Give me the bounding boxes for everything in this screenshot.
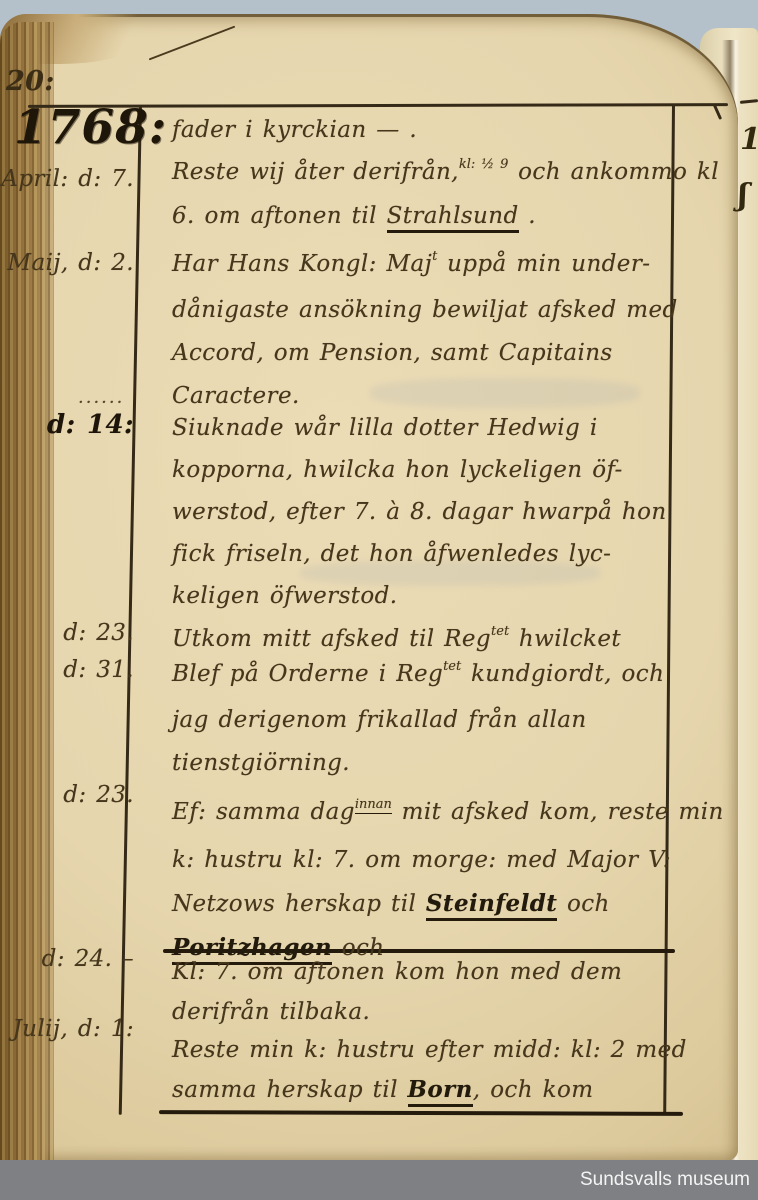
entry-line: 6. om aftonen til Strahlsund .	[172, 196, 672, 237]
entry-line: Netzows herskap til Steinfeldt och	[172, 882, 672, 926]
diary-entry: Har Hans Kongl: Majt uppå min under-dåni…	[172, 243, 672, 418]
text-segment: Utkom mitt afsked til Reg	[172, 626, 491, 652]
text-segment: 6. om aftonen til	[172, 203, 387, 229]
text-segment: tet	[443, 659, 461, 674]
entry-line: kopporna, hwilcka hon lyckeligen öf-	[172, 449, 672, 491]
next-page-ink-mark: ʃ	[738, 178, 748, 213]
text-segment: , och kom	[473, 1077, 594, 1103]
text-segment: jag derigenom frikallad från allan	[172, 707, 587, 733]
entry-line: keligen öfwerstod.	[172, 575, 672, 617]
entry-date: d: 23.	[0, 620, 134, 646]
text-segment: hwilcket	[509, 626, 621, 652]
entry-date: d: 31.	[0, 657, 134, 683]
text-segment: fader i kyrckian — .	[172, 117, 417, 143]
photo-of-diary-page: 20: 1768: ······ fader i kyrckian — .Apr…	[0, 0, 758, 1200]
text-segment: kl: ½ 9	[459, 157, 509, 172]
book-fore-edge	[0, 22, 54, 1160]
text-segment: Blef på Orderne i Reg	[172, 661, 443, 687]
entry-line: derifrån tilbaka.	[172, 992, 672, 1032]
text-segment: och	[557, 891, 609, 917]
text-segment: Siuknade wår lilla dotter Hedwig i	[172, 415, 598, 441]
entry-date: Julij, d: 1:	[0, 1016, 134, 1042]
text-segment: kopporna, hwilcka hon lyckeligen öf-	[172, 457, 623, 483]
text-segment: Ef: samma dag	[172, 799, 355, 825]
entry-line: samma herskap til Born, och kom	[172, 1070, 672, 1110]
entry-line: Siuknade wår lilla dotter Hedwig i	[172, 407, 672, 449]
text-segment: uppå min under-	[437, 251, 650, 277]
museum-credit: Sundsvalls museum	[580, 1169, 758, 1191]
entry-line: k: hustru kl: 7. om morge: med Major V:	[172, 838, 672, 882]
text-segment: tienstgiörning.	[172, 750, 350, 776]
entry-date: d: 23.	[0, 782, 134, 808]
text-segment: Reste wij åter derifrån,	[172, 159, 459, 185]
text-segment: keligen öfwerstod.	[172, 583, 398, 609]
entry-date: d: 24. –	[0, 946, 134, 972]
text-segment: Accord, om Pension, samt Capitains	[172, 340, 613, 366]
diary-entry: fader i kyrckian — .	[172, 110, 672, 150]
page-number: 20:	[6, 66, 55, 97]
text-segment: .	[519, 203, 536, 229]
text-segment: dånigaste ansökning bewiljat afsked med	[172, 297, 678, 323]
entry-line: tienstgiörning.	[172, 742, 672, 785]
underlined-word: Strahlsund	[387, 203, 519, 233]
entry-line: dånigaste ansökning bewiljat afsked med	[172, 289, 672, 332]
entry-line: Kl: 7. om aftonen kom hon med dem	[172, 952, 672, 992]
text-segment: Kl: 7. om aftonen kom hon med dem	[172, 959, 622, 985]
diary-entry: Siuknade wår lilla dotter Hedwig ikoppor…	[172, 407, 672, 617]
entry-line: fader i kyrckian — .	[172, 110, 672, 150]
underlined-word: Steinfeldt	[426, 890, 557, 921]
footer-bar: Sundsvalls museum	[0, 1160, 758, 1200]
text-segment: Reste min k: hustru efter midd: kl: 2 me…	[172, 1037, 687, 1063]
text-segment: Caractere.	[172, 383, 300, 409]
year-heading: 1768:	[14, 100, 167, 155]
entry-line: werstod, efter 7. à 8. dagar hwarpå hon	[172, 491, 672, 533]
text-segment: werstod, efter 7. à 8. dagar hwarpå hon	[172, 499, 667, 525]
diary-entry: Blef på Orderne i Regtet kundgiordt, och…	[172, 653, 672, 785]
text-segment: samma herskap til	[172, 1077, 408, 1103]
entry-date: April: d: 7.	[0, 166, 134, 192]
diary-entry: Reste wij åter derifrån,kl: ½ 9 och anko…	[172, 152, 672, 237]
next-page-ink-mark: 1	[740, 122, 758, 157]
underlined-word: Born	[408, 1076, 473, 1107]
underlined-word: innan	[355, 797, 392, 814]
entry-line: Ef: samma daginnan mit afsked kom, reste…	[172, 790, 672, 838]
entry-line: Accord, om Pension, samt Capitains	[172, 332, 672, 375]
text-segment: kundgiordt, och	[461, 661, 664, 687]
text-segment: mit afsked kom, reste min	[392, 799, 724, 825]
diary-entry: Kl: 7. om aftonen kom hon med demderifrå…	[172, 952, 672, 1032]
entry-line: Reste wij åter derifrån,kl: ½ 9 och anko…	[172, 152, 672, 196]
text-segment: k: hustru kl: 7. om morge: med Major V:	[172, 847, 671, 873]
entry-line: Blef på Orderne i Regtet kundgiordt, och	[172, 653, 672, 699]
text-segment: tet	[491, 624, 509, 639]
text-segment: derifrån tilbaka.	[172, 999, 370, 1025]
text-segment: t	[432, 249, 437, 264]
text-segment: och ankommo kl	[508, 159, 719, 185]
entry-line: fick friseln, det hon åfwenledes lyc-	[172, 533, 672, 575]
entry-line: Reste min k: hustru efter midd: kl: 2 me…	[172, 1030, 672, 1070]
diary-entry: Ef: samma daginnan mit afsked kom, reste…	[172, 790, 672, 970]
text-segment: Netzows herskap til	[172, 891, 426, 917]
text-segment: Har Hans Kongl: Maj	[172, 251, 432, 277]
entry-date: d: 14:	[0, 410, 134, 440]
entry-date: Maij, d: 2.	[0, 250, 134, 276]
text-segment: fick friseln, det hon åfwenledes lyc-	[172, 541, 611, 567]
diary-entry: Reste min k: hustru efter midd: kl: 2 me…	[172, 1030, 672, 1110]
entry-line: Har Hans Kongl: Majt uppå min under-	[172, 243, 672, 289]
entry-line: jag derigenom frikallad från allan	[172, 699, 672, 742]
